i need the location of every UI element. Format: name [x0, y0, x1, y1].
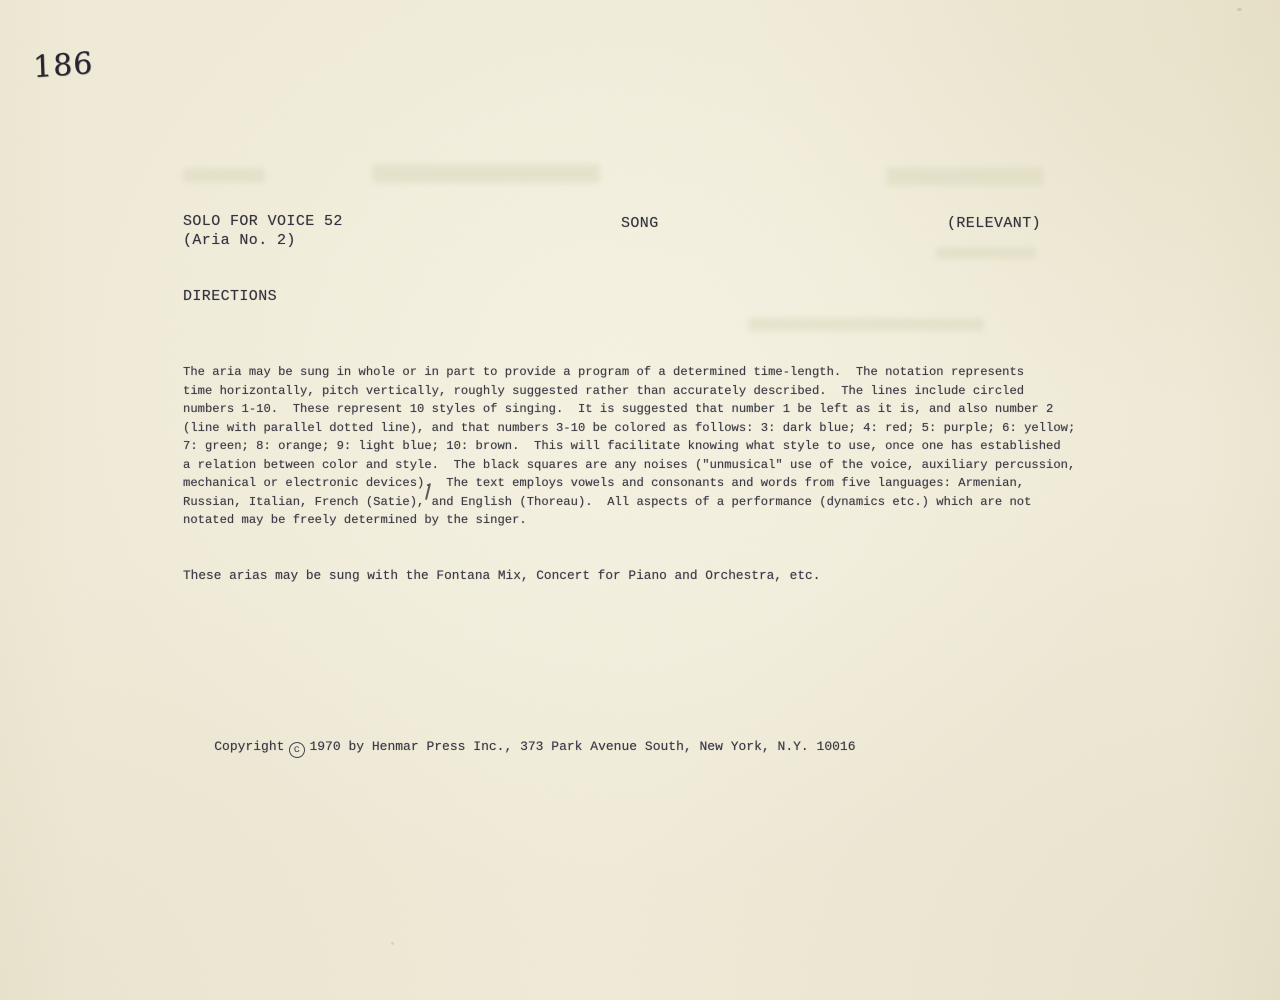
handwritten-page-number: 186 — [32, 46, 93, 85]
bleed-through-mark — [372, 164, 600, 183]
bleed-through-mark — [886, 167, 1044, 186]
bleed-through-mark — [183, 168, 265, 183]
header-right-label: (RELEVANT) — [947, 214, 1041, 233]
header-center-label: SONG — [621, 214, 659, 233]
paper-speck — [391, 942, 394, 945]
bleed-through-mark — [936, 247, 1036, 259]
directions-body-paragraph: The aria may be sung in whole or in part… — [183, 363, 1075, 530]
paper-speck — [1237, 8, 1242, 11]
directions-heading: DIRECTIONS — [183, 287, 277, 306]
work-title: SOLO FOR VOICE 52 (Aria No. 2) — [183, 212, 343, 250]
copyright-prefix: Copyright — [214, 739, 284, 754]
copyright-line: Copyrightc1970 by Henmar Press Inc., 373… — [183, 719, 856, 777]
scanned-document-page: 186 SOLO FOR VOICE 52 (Aria No. 2) SONG … — [0, 0, 1280, 1000]
performance-note: These arias may be sung with the Fontana… — [183, 567, 820, 586]
copyright-circle-c-icon: c — [288, 741, 306, 759]
copyright-rest: 1970 by Henmar Press Inc., 373 Park Aven… — [309, 739, 855, 754]
bleed-through-mark — [748, 318, 984, 331]
